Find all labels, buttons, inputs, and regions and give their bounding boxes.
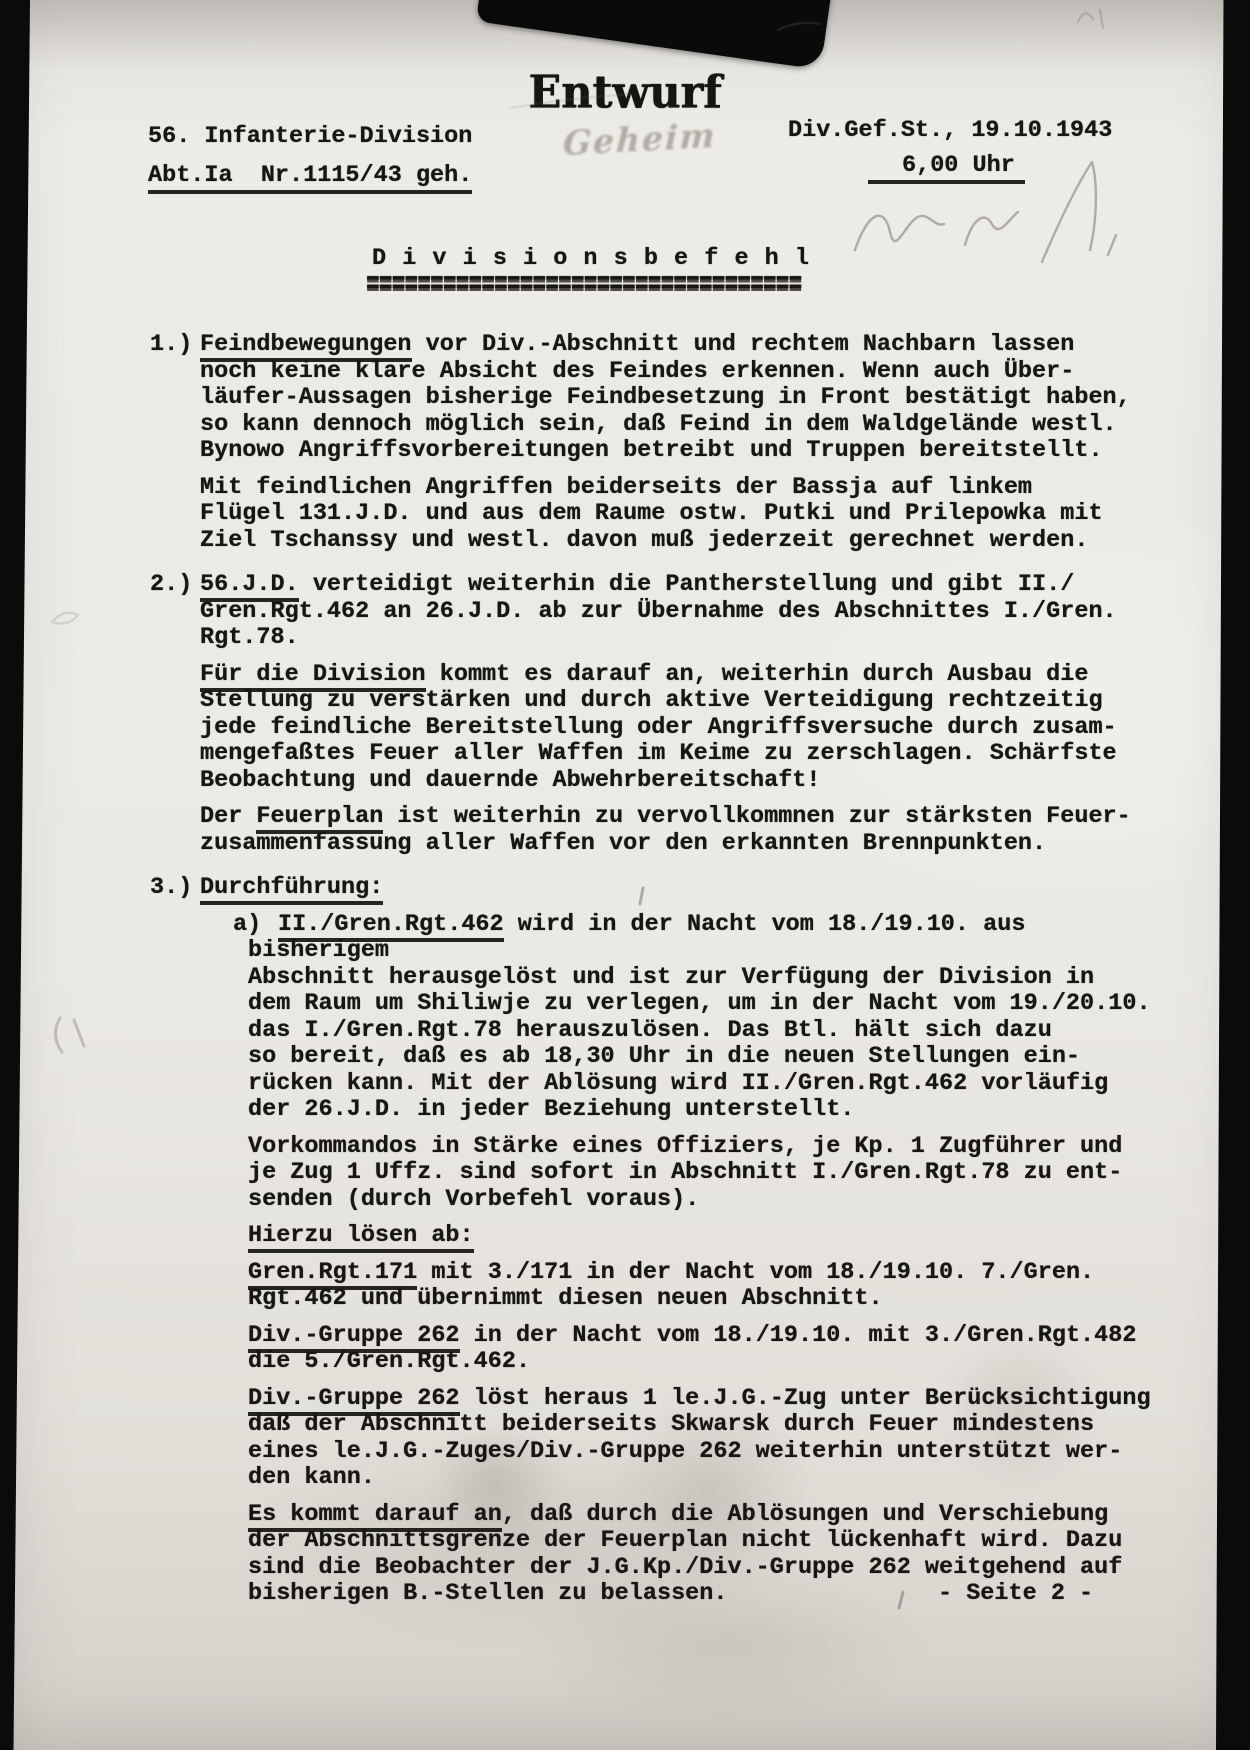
- pencil-scribble: [0, 0, 1250, 1750]
- document-page: Entwurf Geheim 56. Infanterie-Division A…: [0, 0, 1250, 1750]
